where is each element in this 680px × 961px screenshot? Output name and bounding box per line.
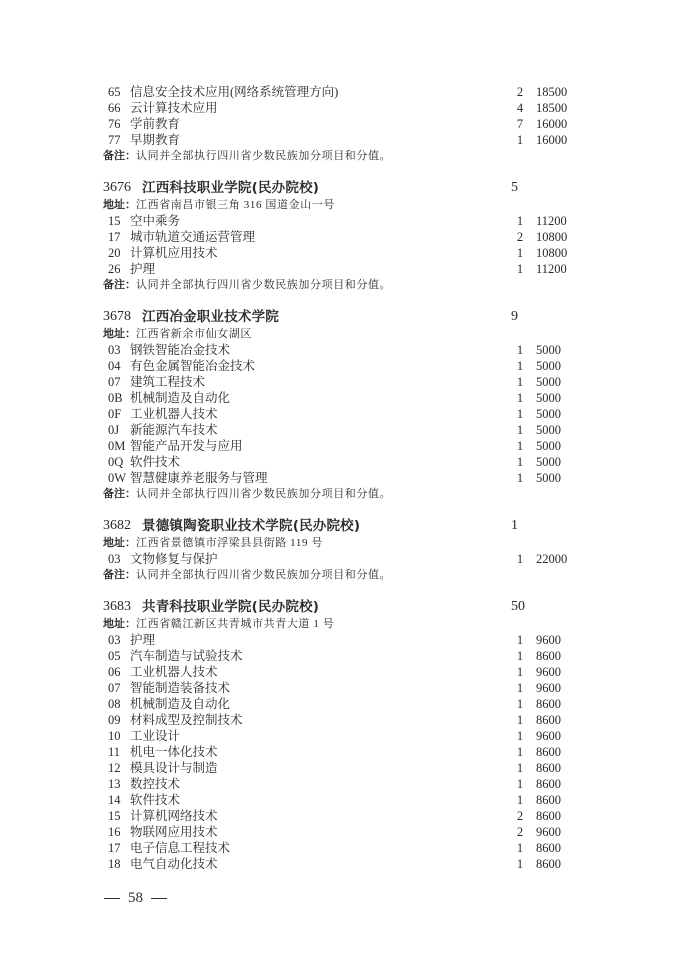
major-fee: 5000 [536,358,561,374]
major-fee: 5000 [536,390,561,406]
major-code: 14 [108,792,121,808]
address-label: 地址： [103,327,136,340]
major-row: 05 汽车制造与试验技术 1 8600 [103,648,583,664]
major-fee: 22000 [536,551,567,567]
school-note: 备注：认同并全部执行四川省少数民族加分项目和分值。 [103,567,583,583]
major-row: 76 学前教育 7 16000 [103,116,583,132]
major-fee: 5000 [536,454,561,470]
major-count: 1 [513,454,527,470]
major-count: 1 [513,664,527,680]
school-total: 1 [511,517,518,535]
major-name: 汽车制造与试验技术 [130,648,243,664]
school-id: 3676 [103,179,131,197]
major-name: 机电一体化技术 [130,744,218,760]
school-address: 地址：江西省赣江新区共青城市共青大道 1 号 [103,616,583,632]
major-fee: 5000 [536,438,561,454]
major-row: 0Q 软件技术 1 5000 [103,454,583,470]
major-count: 1 [513,374,527,390]
major-name: 智能制造装备技术 [130,680,230,696]
major-name: 智慧健康养老服务与管理 [130,470,268,486]
note-text: 认同并全部执行四川省少数民族加分项目和分值。 [136,488,391,500]
major-row: 03 文物修复与保护 1 22000 [103,551,583,567]
major-fee: 8600 [536,712,561,728]
major-name: 物联网应用技术 [130,824,218,840]
school-name: 共青科技职业学院(民办院校) [142,598,319,616]
school-block: 3682 景德镇陶瓷职业技术学院(民办院校) 1 地址：江西省景德镇市浮梁县县街… [103,517,583,583]
major-row: 09 材料成型及控制技术 1 8600 [103,712,583,728]
note-label: 备注： [103,568,136,581]
major-count: 1 [513,422,527,438]
note-label: 备注： [103,487,136,500]
major-fee: 9600 [536,728,561,744]
major-code: 03 [108,551,121,567]
school-note: 备注：认同并全部执行四川省少数民族加分项目和分值。 [103,148,583,164]
major-name: 护理 [130,632,155,648]
major-fee: 8600 [536,648,561,664]
school-address: 地址：江西省南昌市银三角 316 国道金山一号 [103,197,583,213]
major-fee: 11200 [536,261,567,277]
school-header: 3683 共青科技职业学院(民办院校) 50 [103,598,583,616]
major-code: 07 [108,374,121,390]
major-row: 65 信息安全技术应用(网络系统管理方向) 2 18500 [103,84,583,100]
major-fee: 11200 [536,213,567,229]
major-name: 钢铁智能冶金技术 [130,342,230,358]
major-row: 11 机电一体化技术 1 8600 [103,744,583,760]
school-note: 备注：认同并全部执行四川省少数民族加分项目和分值。 [103,277,583,293]
major-count: 2 [513,84,527,100]
major-code: 20 [108,245,121,261]
dash-decoration [151,898,167,899]
major-fee: 8600 [536,744,561,760]
school-address: 地址：江西省景德镇市浮梁县县街路 119 号 [103,535,583,551]
major-row: 08 机械制造及自动化 1 8600 [103,696,583,712]
major-code: 06 [108,664,121,680]
major-count: 1 [513,342,527,358]
major-count: 1 [513,551,527,567]
school-name: 江西冶金职业技术学院 [142,308,279,326]
continued-school-block: 65 信息安全技术应用(网络系统管理方向) 2 18500 66 云计算技术应用… [103,84,583,164]
school-header: 3676 江西科技职业学院(民办院校) 5 [103,179,583,197]
major-count: 1 [513,776,527,792]
school-address: 地址：江西省新余市仙女湖区 [103,326,583,342]
major-code: 65 [108,84,121,100]
major-code: 0B [108,390,123,406]
major-name: 信息安全技术应用(网络系统管理方向) [130,84,338,100]
major-count: 4 [513,100,527,116]
major-name: 工业机器人技术 [130,664,218,680]
major-row: 07 智能制造装备技术 1 9600 [103,680,583,696]
major-fee: 18500 [536,84,567,100]
major-name: 护理 [130,261,155,277]
major-code: 0M [108,438,125,454]
major-code: 04 [108,358,121,374]
major-code: 10 [108,728,121,744]
major-fee: 10800 [536,245,567,261]
major-fee: 9600 [536,632,561,648]
major-name: 电气自动化技术 [130,856,218,872]
dash-decoration [104,898,120,899]
major-count: 1 [513,840,527,856]
major-code: 08 [108,696,121,712]
major-code: 16 [108,824,121,840]
school-note: 备注：认同并全部执行四川省少数民族加分项目和分值。 [103,486,583,502]
major-row: 0W 智慧健康养老服务与管理 1 5000 [103,470,583,486]
major-row: 15 空中乘务 1 11200 [103,213,583,229]
major-code: 17 [108,840,121,856]
school-name: 江西科技职业学院(民办院校) [142,179,319,197]
major-row: 66 云计算技术应用 4 18500 [103,100,583,116]
major-fee: 8600 [536,856,561,872]
major-code: 26 [108,261,121,277]
major-fee: 9600 [536,824,561,840]
major-code: 0J [108,422,119,438]
major-name: 建筑工程技术 [130,374,205,390]
major-fee: 8600 [536,808,561,824]
major-count: 7 [513,116,527,132]
school-id: 3683 [103,598,131,616]
school-total: 9 [511,308,518,326]
major-row: 13 数控技术 1 8600 [103,776,583,792]
major-fee: 16000 [536,132,567,148]
major-name: 城市轨道交通运营管理 [130,229,255,245]
major-count: 1 [513,856,527,872]
major-count: 1 [513,358,527,374]
major-name: 学前教育 [130,116,180,132]
major-name: 软件技术 [130,792,180,808]
major-code: 77 [108,132,121,148]
major-count: 1 [513,213,527,229]
major-fee: 8600 [536,792,561,808]
school-header: 3678 江西冶金职业技术学院 9 [103,308,583,326]
major-code: 0Q [108,454,123,470]
major-code: 12 [108,760,121,776]
major-fee: 18500 [536,100,567,116]
major-row: 04 有色金属智能冶金技术 1 5000 [103,358,583,374]
major-code: 15 [108,808,121,824]
major-name: 新能源汽车技术 [130,422,218,438]
major-row: 26 护理 1 11200 [103,261,583,277]
major-code: 13 [108,776,121,792]
major-count: 1 [513,760,527,776]
major-row: 07 建筑工程技术 1 5000 [103,374,583,390]
major-name: 云计算技术应用 [130,100,218,116]
school-name: 景德镇陶瓷职业技术学院(民办院校) [142,517,360,535]
major-name: 机械制造及自动化 [130,390,230,406]
note-text: 认同并全部执行四川省少数民族加分项目和分值。 [136,569,391,581]
major-count: 1 [513,792,527,808]
major-name: 计算机应用技术 [130,245,218,261]
major-name: 早期教育 [130,132,180,148]
note-text: 认同并全部执行四川省少数民族加分项目和分值。 [136,279,391,291]
major-fee: 5000 [536,422,561,438]
major-count: 1 [513,261,527,277]
major-name: 材料成型及控制技术 [130,712,243,728]
major-fee: 8600 [536,776,561,792]
major-row: 12 模具设计与制造 1 8600 [103,760,583,776]
address-text: 江西省南昌市银三角 316 国道金山一号 [136,199,335,211]
note-label: 备注： [103,278,136,291]
note-label: 备注： [103,149,136,162]
major-row: 0M 智能产品开发与应用 1 5000 [103,438,583,454]
major-count: 2 [513,808,527,824]
major-row: 17 电子信息工程技术 1 8600 [103,840,583,856]
major-fee: 8600 [536,840,561,856]
major-count: 1 [513,438,527,454]
major-row: 0F 工业机器人技术 1 5000 [103,406,583,422]
major-row: 03 护理 1 9600 [103,632,583,648]
major-name: 机械制造及自动化 [130,696,230,712]
major-count: 1 [513,245,527,261]
major-count: 1 [513,744,527,760]
major-count: 1 [513,696,527,712]
major-count: 1 [513,632,527,648]
address-text: 江西省新余市仙女湖区 [136,328,252,340]
school-total: 5 [511,179,518,197]
major-fee: 9600 [536,664,561,680]
school-block: 3678 江西冶金职业技术学院 9 地址：江西省新余市仙女湖区 03 钢铁智能冶… [103,308,583,502]
major-row: 20 计算机应用技术 1 10800 [103,245,583,261]
major-name: 工业机器人技术 [130,406,218,422]
major-fee: 9600 [536,680,561,696]
major-code: 11 [108,744,120,760]
major-code: 15 [108,213,121,229]
major-fee: 5000 [536,374,561,390]
address-label: 地址： [103,536,136,549]
major-row: 0B 机械制造及自动化 1 5000 [103,390,583,406]
school-id: 3678 [103,308,131,326]
major-count: 1 [513,390,527,406]
major-row: 15 计算机网络技术 2 8600 [103,808,583,824]
major-count: 1 [513,712,527,728]
major-code: 03 [108,342,121,358]
major-row: 16 物联网应用技术 2 9600 [103,824,583,840]
major-code: 76 [108,116,121,132]
major-row: 06 工业机器人技术 1 9600 [103,664,583,680]
note-text: 认同并全部执行四川省少数民族加分项目和分值。 [136,150,391,162]
major-fee: 16000 [536,116,567,132]
major-row: 14 软件技术 1 8600 [103,792,583,808]
school-total: 50 [511,598,525,616]
address-text: 江西省赣江新区共青城市共青大道 1 号 [136,618,334,630]
address-label: 地址： [103,198,136,211]
major-count: 1 [513,728,527,744]
major-name: 有色金属智能冶金技术 [130,358,255,374]
school-id: 3682 [103,517,131,535]
major-code: 0W [108,470,126,486]
document-page: 65 信息安全技术应用(网络系统管理方向) 2 18500 66 云计算技术应用… [0,0,680,961]
major-name: 计算机网络技术 [130,808,218,824]
major-name: 文物修复与保护 [130,551,218,567]
school-block: 3676 江西科技职业学院(民办院校) 5 地址：江西省南昌市银三角 316 国… [103,179,583,293]
address-label: 地址： [103,617,136,630]
major-count: 1 [513,680,527,696]
major-name: 空中乘务 [130,213,180,229]
major-count: 1 [513,406,527,422]
major-code: 66 [108,100,121,116]
major-row: 17 城市轨道交通运营管理 2 10800 [103,229,583,245]
major-name: 模具设计与制造 [130,760,218,776]
major-code: 17 [108,229,121,245]
page-footer: 58 [104,890,175,907]
major-code: 03 [108,632,121,648]
major-fee: 5000 [536,470,561,486]
major-name: 智能产品开发与应用 [130,438,243,454]
major-count: 1 [513,470,527,486]
major-name: 工业设计 [130,728,180,744]
school-block: 3683 共青科技职业学院(民办院校) 50 地址：江西省赣江新区共青城市共青大… [103,598,583,872]
major-fee: 5000 [536,406,561,422]
major-name: 软件技术 [130,454,180,470]
major-row: 0J 新能源汽车技术 1 5000 [103,422,583,438]
major-row: 18 电气自动化技术 1 8600 [103,856,583,872]
major-count: 1 [513,648,527,664]
major-fee: 5000 [536,342,561,358]
major-row: 03 钢铁智能冶金技术 1 5000 [103,342,583,358]
major-fee: 8600 [536,696,561,712]
page-content: 65 信息安全技术应用(网络系统管理方向) 2 18500 66 云计算技术应用… [103,84,583,872]
major-name: 数控技术 [130,776,180,792]
major-count: 2 [513,229,527,245]
school-header: 3682 景德镇陶瓷职业技术学院(民办院校) 1 [103,517,583,535]
major-code: 0F [108,406,121,422]
major-code: 18 [108,856,121,872]
page-number: 58 [128,890,143,906]
major-count: 2 [513,824,527,840]
major-count: 1 [513,132,527,148]
major-name: 电子信息工程技术 [130,840,230,856]
major-code: 07 [108,680,121,696]
major-fee: 8600 [536,760,561,776]
major-fee: 10800 [536,229,567,245]
major-row: 10 工业设计 1 9600 [103,728,583,744]
major-code: 05 [108,648,121,664]
address-text: 江西省景德镇市浮梁县县街路 119 号 [136,537,323,549]
major-code: 09 [108,712,121,728]
major-row: 77 早期教育 1 16000 [103,132,583,148]
